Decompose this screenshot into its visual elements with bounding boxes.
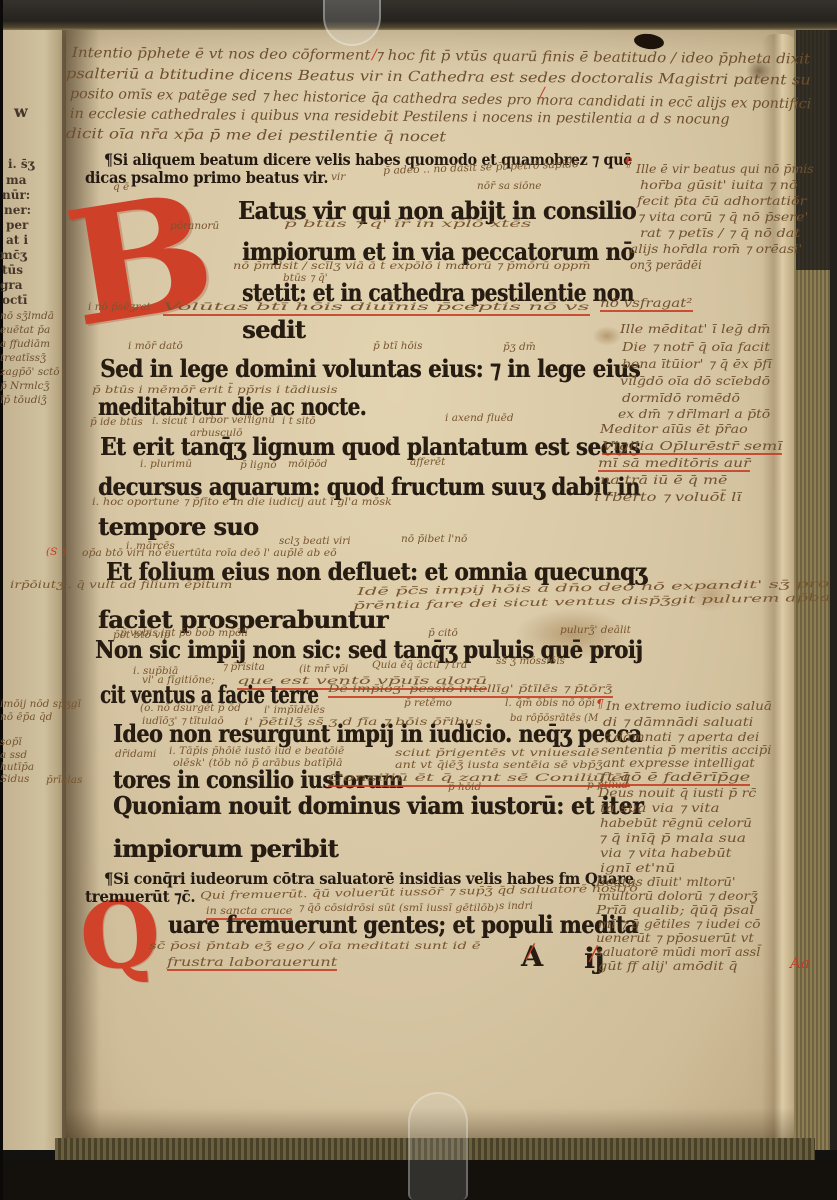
top-annotation: ∕ [540, 86, 545, 100]
margin-note: ex dm̄ ⁊ dr̄lmarl a p̄tō [618, 408, 770, 420]
page-holder-tab-bottom [408, 1092, 468, 1200]
handwritten-gloss: i. Tāp̄is p̄hōiē iustō iud e beatōiē [169, 746, 344, 757]
top-annotation: psalteriū a btitudine dicens Beatus vir … [66, 67, 811, 87]
margin-note: di ⁊ dāmnādi saluati [603, 716, 753, 728]
printed-line: tempore suo [98, 515, 258, 539]
text-layer: Intentio p̄phete ē vt nos deo cōforment … [0, 0, 837, 1200]
margin-note: hor̄ba gūsit' iuita ⁊ nō [640, 179, 798, 191]
handwritten-gloss: dr̄idami [115, 749, 156, 760]
margin-note: ta sua via ⁊ vita [600, 802, 719, 814]
margin-note: alijs hor̄dla rom̄ ⁊ orēasi' [630, 243, 802, 255]
facing-page-note: euētat p̄a [0, 325, 50, 336]
handwritten-gloss: p̄ retēmo [404, 698, 452, 709]
margin-note: Ille ē vir beatus qui nō p̄mis [636, 163, 814, 175]
handwritten-gloss: afferēt [410, 457, 445, 468]
handwritten-gloss: p̄ btūs ⁊ q̄' īr̄ in xp̄lō xtēs [284, 219, 531, 230]
margin-note: Aa [790, 956, 810, 971]
handwritten-gloss: i arbor vel' [192, 415, 250, 426]
printed-heading: tremuerūt ⁊c̄. [85, 889, 195, 905]
printed-line: impiorum peribit [113, 837, 338, 861]
handwritten-gloss: i axend fluēd [445, 413, 514, 424]
handwritten-gloss: irp̄ōiutʒ'. q̄ vult ad filium ēp̄itum [10, 580, 232, 591]
margin-note: fecit p̄ta c̄ū adhortatiōr [637, 195, 807, 207]
margin-note: na trā iū ē q̄ mē [600, 474, 727, 486]
handwritten-gloss: sciut p̄rigentēs vt vniuesalē [395, 748, 600, 759]
facing-page-fragment: ma [6, 174, 26, 186]
printed-line: uare fremuerunt gentes; et populi medita [168, 913, 638, 937]
facing-page-fragment: per [6, 219, 28, 231]
handwritten-gloss: Dē imp̄ioʒ' p̄essīō intellīg' p̄tīlēs ⁊ … [328, 684, 612, 698]
handwritten-gloss: Quia ēq̄ āctū ⁊ tra [372, 660, 467, 671]
handwritten-gloss: i mōr̄ datō [128, 341, 183, 352]
handwritten-gloss: Volūtas btī hōis diuīnis p̄ceptis nō vs [163, 302, 589, 316]
margin-note: ignī et'nū [600, 862, 675, 874]
handwritten-gloss: hutīp̄a [0, 762, 34, 773]
handwritten-gloss: a ssd [0, 750, 27, 761]
margin-note: sententia p̄ meritis accip̄i [601, 744, 771, 756]
facing-page-fragment: tūs [2, 264, 23, 276]
margin-note: ⁊ vita corū ⁊ q̄ nō p̄sere' [637, 211, 808, 223]
facing-page-note: zagp̄ō' sctō [0, 367, 60, 378]
margin-note: In extremo iudicio saluā [606, 700, 772, 712]
margin-note: ant expresse intelligat [603, 757, 755, 769]
margin-note: Ille mēditat' ī leḡ dm̄ [620, 323, 770, 335]
handwritten-gloss: sclʒ beati viri [279, 536, 351, 547]
handwritten-gloss: p̄ ide btūs [90, 417, 143, 428]
margin-note: saluatorē mūdi morī assl̄ [596, 946, 760, 958]
margin-note: uenerūt ⁊ pp̄osuerūt vt [596, 932, 754, 944]
margin-note: ¶ [624, 157, 632, 169]
margin-note: Die ⁊ notr̄ q̄ oīa facit [622, 341, 770, 353]
handwritten-gloss: nō p̄mdsit / scīlʒ viā ā t expōlō i malo… [233, 261, 591, 272]
handwritten-gloss: mōip̄ōd [288, 459, 327, 470]
handwritten-gloss: sc̄ p̄osi p̄ntab eʒ̄ ego / oīa meditati … [149, 941, 481, 952]
handwritten-gloss: pulurʒ̄' deālit [560, 625, 631, 636]
margin-note: nō vsfragat² [600, 297, 692, 312]
handwritten-gloss: q̄ ē [113, 182, 129, 193]
handwritten-gloss: p̄ lignō [240, 460, 277, 471]
top-annotation: in ecclesie cathedrales i quibus vna res… [70, 107, 730, 127]
margin-note: rat ⁊ petīs / ⁊ q̄ nō dat [640, 227, 800, 239]
handwritten-gloss: (it mr̄ vp̄i [299, 664, 348, 675]
margin-note: Meditor aīūs ēt p̄r̄ao [600, 423, 748, 435]
printed-line: sedit [242, 318, 305, 342]
margin-note: gūt ff alij' amōdit q̄ [598, 960, 738, 972]
handwritten-gloss: nō ēp̄a q̄d [0, 712, 52, 723]
facing-page-fragment: i. s̄ʒ [8, 158, 34, 170]
margin-note: ¶ [596, 698, 604, 710]
handwritten-gloss: ∕ [527, 941, 534, 961]
handwritten-gloss: sop̄ī [0, 737, 22, 748]
facing-page-fragment: at i [6, 234, 28, 246]
handwritten-gloss: ss̄ ʒ mōssiōīs [496, 656, 565, 667]
facing-page-note: a ffudiām [0, 339, 50, 350]
handwritten-gloss: imōij nōd sp̄ʒgī [0, 699, 81, 710]
printed-line: Et erit tanq̄ʒ lignum quod plantatum est… [100, 435, 640, 459]
handwritten-gloss: i t̄ sitō [282, 416, 316, 427]
facing-page-note: īp̄ tōudiʒ̄ [0, 395, 47, 406]
top-annotation: dicit oīa nr̄a xp̄a p̄ me dei pestilenti… [66, 127, 446, 144]
handwritten-gloss: l. q̄m̄ ōbis nō ōp̄i [505, 698, 595, 709]
margin-note: ft q̄ō ē fadērīp̄ge [600, 771, 750, 786]
handwritten-gloss: (S ⁊ [46, 547, 66, 558]
margin-note: Deus nouit q̄ iusti p̄ rc̄ [598, 787, 756, 799]
margin-note: habebūt rēgnū celorū [600, 817, 752, 829]
printed-line: Quoniam nouit dominus viam iustorū: et i… [113, 794, 643, 818]
handwritten-gloss: i. plurimū [140, 459, 192, 470]
margin-note: mī sā meditōris aur̄ [598, 457, 750, 472]
margin-note: multorū dolorū ⁊ deorʒ̄ [598, 890, 758, 902]
margin-note: mī ⁊ q̄ gētiles ⁊ iudei cō [598, 918, 760, 930]
facing-page-note: nō sʒ̄lmdā [0, 311, 54, 322]
margin-note: ⁊ dāmnati ⁊ aperta dei [603, 731, 759, 743]
facing-page-note: treatīssʒ̄ [0, 353, 46, 364]
handwritten-gloss: i nō p̄sēʒrat [88, 302, 151, 313]
handwritten-gloss: p̄ btī hōis [373, 341, 423, 352]
margin-note: bona ītūior' ⁊ q̄ ēx p̄fī [622, 358, 772, 370]
facing-page-fragment: ner: [4, 204, 31, 216]
handwritten-gloss: p̄ hōid [448, 782, 481, 793]
margin-note: vīlḡdō oīa dō scīebdō [620, 375, 770, 387]
printed-line: Sed in lege domini voluntas eius: ⁊ in l… [100, 357, 640, 381]
handwritten-gloss: nōr̄ sa siōne [477, 181, 541, 192]
handwritten-gloss: p̄ʒ dm̄ [503, 342, 536, 353]
margin-note: ī r̄berto ⁊ voluōt̄ lī [594, 491, 742, 503]
facing-page-fragment: gra [0, 279, 23, 291]
margin-note: Vigilia Op̄lurēstr̄ semī [602, 440, 782, 455]
printed-line: Ideo non resurgunt impij in iudicio. neq… [113, 722, 641, 746]
margin-note: Prīā qualib; q̄ūq̄ p̄sal̄ [596, 904, 754, 916]
handwritten-gloss: (o. nō dsurgēt p̄ ōd [140, 703, 241, 714]
facing-page-note: p̄ Nrmlcʒ̄ [0, 381, 49, 392]
handwritten-gloss: i. hoc oportune ⁊ p̄fīto e in die iudici… [92, 497, 392, 508]
facing-page-fragment: octī [2, 294, 27, 306]
handwritten-gloss: pōranorū [170, 221, 219, 232]
margin-note: via ⁊ vita habebūt [600, 847, 732, 859]
handwritten-gloss: ant vt q̄iēʒ̄ iusta sentēia sē vbp̄ʒ̄ [395, 760, 603, 771]
top-annotation: ∕ [372, 48, 377, 62]
margin-note: onʒ̄ perādēi [630, 259, 702, 271]
facing-page-fragment: w [14, 104, 28, 120]
handwritten-gloss: vir [331, 172, 345, 183]
top-annotation: Intentio p̄phete ē vt nos deo cōforment … [72, 46, 810, 66]
margin-note: Beatus dīuit' mltorū' [596, 876, 736, 888]
facing-page-fragment: mc̄ʒ [0, 249, 27, 261]
handwritten-gloss: i. sicut [152, 416, 188, 427]
handwritten-gloss: frustra laborauerunt [167, 956, 337, 971]
handwritten-gloss: p̄rīalas [46, 775, 82, 786]
facing-page-fragment: nūr: [2, 189, 30, 201]
handwritten-gloss: lignū [248, 415, 275, 426]
handwritten-gloss: i' imp̄īdēlēs [264, 705, 325, 716]
margin-note: dormīdō romēdō [622, 392, 740, 404]
margin-note: ⁊ q̄ inīq̄ p̄ mala sua [598, 832, 746, 844]
handwritten-gloss: ⁊ p̄rīsita [222, 662, 265, 673]
handwritten-gloss: Sidus [0, 774, 29, 785]
manuscript-scan: B Q Intentio p̄phete ē vt nos deo cōform… [0, 0, 837, 1200]
handwritten-gloss: nō p̄ibet l'nō [401, 534, 467, 545]
